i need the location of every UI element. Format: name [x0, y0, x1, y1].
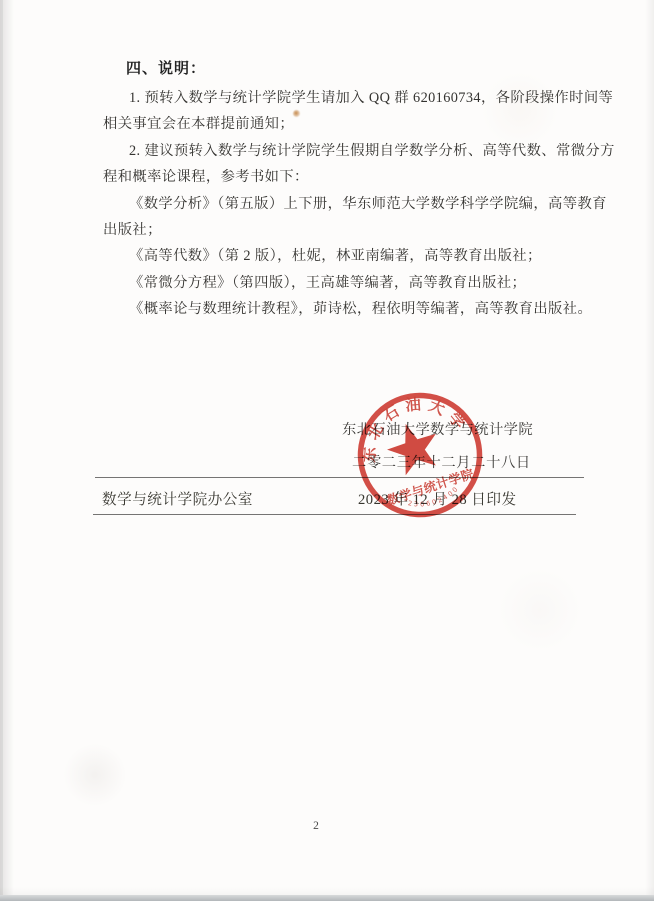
body-line: 2. 建议预转入数学与统计学院学生假期自学数学分析、高等代数、常微分方	[103, 138, 585, 164]
official-seal: 东北石油大学 数学与统计学院 230602400	[352, 384, 492, 532]
seal-star-icon	[381, 416, 445, 478]
footer-rule-bottom	[93, 514, 576, 515]
document-body: 1. 预转入数学与统计学院学生请加入 QQ 群 620160734，各阶段操作时…	[103, 85, 585, 323]
body-line: 程和概率论课程，参考书如下：	[103, 164, 585, 190]
page-number: 2	[306, 820, 326, 832]
body-line: 《高等代数》（第 2 版），杜妮，林亚南编著，高等教育出版社；	[103, 243, 585, 269]
body-line: 《常微分方程》（第四版），王高雄等编著，高等教育出版社；	[103, 270, 585, 296]
body-line: 出版社；	[103, 217, 585, 243]
scanned-document-page: 四、说明： 1. 预转入数学与统计学院学生请加入 QQ 群 620160734，…	[0, 0, 654, 901]
section-heading: 四、说明：	[126, 57, 206, 78]
ink-speck-artifact	[293, 110, 300, 117]
body-line: 《概率论与数理统计教程》，茆诗松，程依明等编著，高等教育出版社。	[103, 296, 585, 322]
scan-edge-bottom	[0, 895, 654, 901]
body-line: 《数学分析》（第五版）上下册，华东师范大学数学科学学院编，高等教育	[103, 191, 585, 217]
scan-edge-left	[0, 0, 3, 901]
body-line: 相关事宜会在本群提前通知；	[103, 111, 585, 137]
issuing-office: 数学与统计学院办公室	[102, 488, 253, 509]
footer-rule-top	[95, 477, 584, 478]
body-line: 1. 预转入数学与统计学院学生请加入 QQ 群 620160734，各阶段操作时…	[103, 85, 585, 111]
